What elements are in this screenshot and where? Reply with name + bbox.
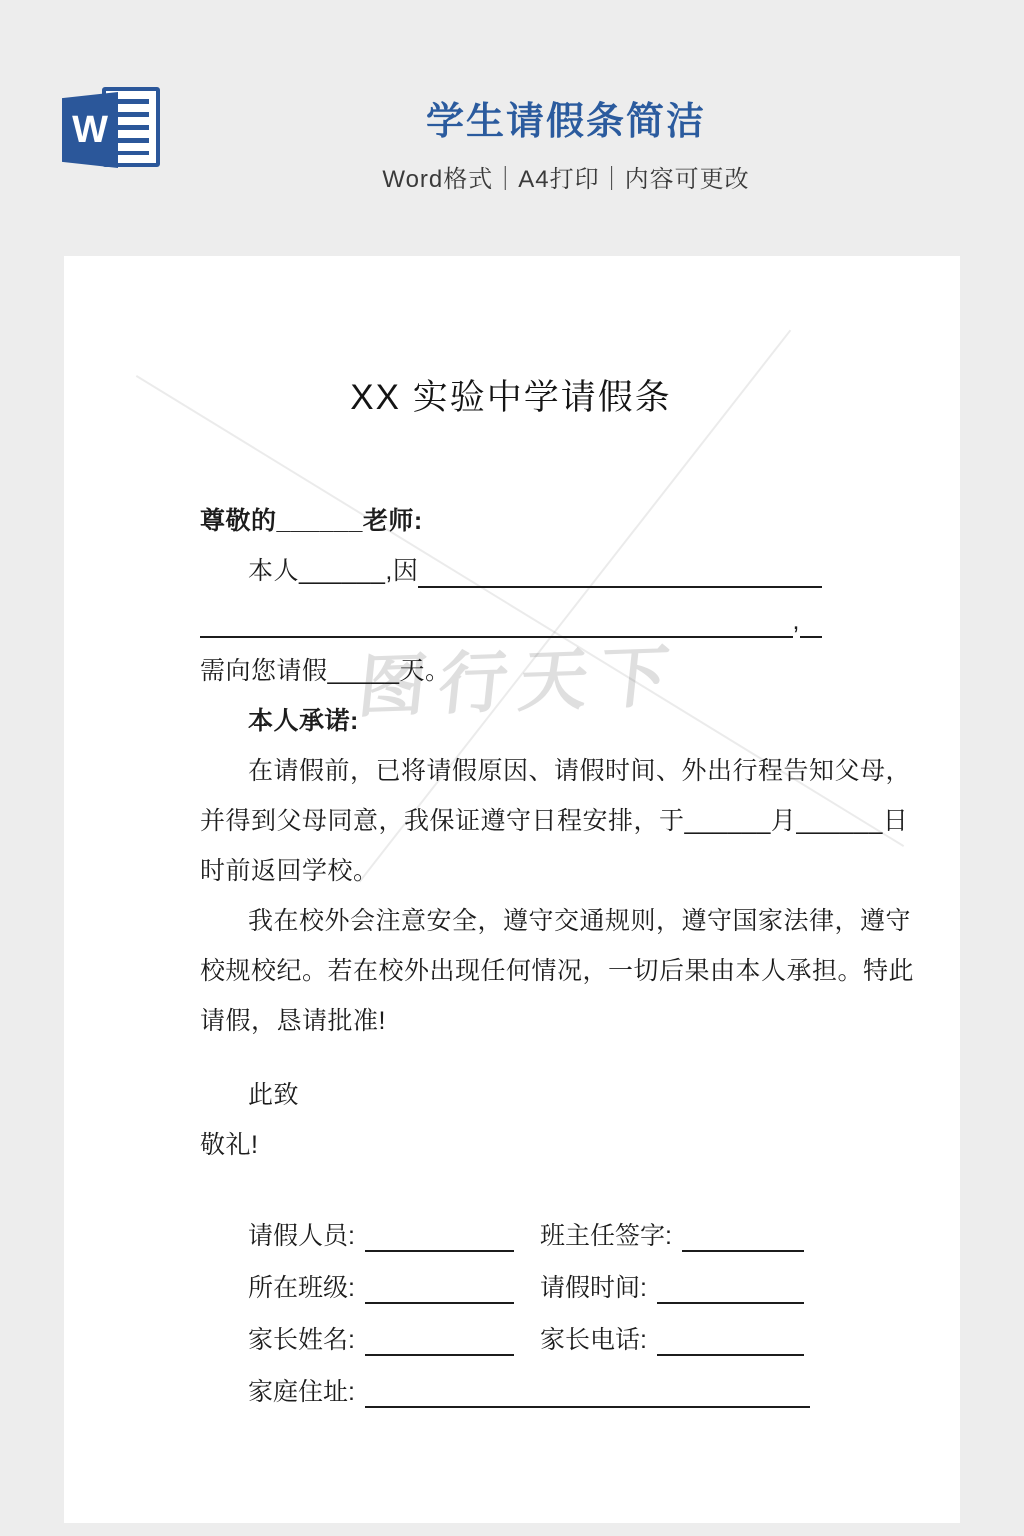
signature-cell: 家长姓名: bbox=[200, 1314, 540, 1366]
signature-label: 班主任签字: bbox=[540, 1210, 672, 1262]
paragraph-2-line-1: 我在校外会注意安全，遵守交通规则，遵守国家法律，遵守 bbox=[200, 896, 822, 946]
body-line-2: , bbox=[200, 596, 822, 646]
promise-heading: 本人承诺: bbox=[200, 696, 822, 746]
blank-line bbox=[200, 600, 793, 638]
signature-label: 请假时间: bbox=[540, 1262, 647, 1314]
signature-label: 家庭住址: bbox=[200, 1366, 355, 1418]
document-title: XX 实验中学请假条 bbox=[200, 370, 822, 420]
paragraph-1-line-2: 并得到父母同意，我保证遵守日程安排，于______月______日 bbox=[200, 796, 822, 846]
template-preview-header: W 学生请假条简洁 Word格式｜A4打印｜内容可更改 bbox=[0, 0, 1024, 230]
signature-label: 家长姓名: bbox=[248, 1314, 355, 1366]
body-line-2-comma: , bbox=[793, 596, 800, 646]
signature-blank-line bbox=[365, 1370, 810, 1408]
signature-blank-line bbox=[657, 1266, 804, 1304]
template-title: 学生请假条简洁 bbox=[108, 90, 1024, 145]
document-content: XX 实验中学请假条 尊敬的______老师: 本人______,因 , 需向您… bbox=[64, 370, 960, 1418]
signature-blank-line bbox=[365, 1266, 514, 1304]
body-line-3: 需向您请假_____天。 bbox=[200, 646, 822, 696]
body-line-1: 本人______,因 bbox=[200, 546, 822, 596]
signature-cell: 班主任签字: bbox=[540, 1210, 822, 1262]
signature-cell: 所在班级: bbox=[200, 1262, 540, 1314]
signature-label: 家长电话: bbox=[540, 1314, 647, 1366]
closing-cizhi: 此致 bbox=[200, 1070, 822, 1120]
signature-row: 家长姓名: 家长电话: bbox=[200, 1314, 822, 1366]
template-subtitle: Word格式｜A4打印｜内容可更改 bbox=[108, 159, 1024, 194]
closing-block: 此致 敬礼! bbox=[200, 1070, 822, 1170]
paragraph-2-line-2: 校规校纪。若在校外出现任何情况，一切后果由本人承担。特此 bbox=[200, 946, 822, 996]
body-line-1-text: 本人______,因 bbox=[200, 546, 418, 596]
word-icon-letter: W bbox=[72, 111, 108, 149]
signature-row: 请假人员: 班主任签字: bbox=[200, 1210, 822, 1262]
paragraph-1-line-3: 时前返回学校。 bbox=[200, 846, 822, 896]
signature-blank-line bbox=[365, 1318, 514, 1356]
signature-blank-line bbox=[657, 1318, 804, 1356]
signature-row: 所在班级: 请假时间: bbox=[200, 1262, 822, 1314]
closing-jingli: 敬礼! bbox=[200, 1120, 822, 1170]
signature-cell: 请假人员: bbox=[200, 1210, 540, 1262]
signature-blank-line bbox=[682, 1214, 804, 1252]
signature-label: 请假人员: bbox=[248, 1210, 355, 1262]
header-text-block: 学生请假条简洁 Word格式｜A4打印｜内容可更改 bbox=[108, 90, 1024, 194]
signature-label: 所在班级: bbox=[248, 1262, 355, 1314]
paragraph-2-line-3: 请假，恳请批准! bbox=[200, 996, 822, 1046]
blank-line bbox=[800, 600, 822, 638]
screenshot-canvas: { "header": { "icon_letter": "W", "title… bbox=[0, 0, 1024, 1536]
signature-row-address: 家庭住址: bbox=[200, 1366, 822, 1418]
signature-block: 请假人员: 班主任签字: 所在班级: 请假时间: bbox=[200, 1210, 822, 1418]
signature-blank-line bbox=[365, 1214, 514, 1252]
signature-cell: 家长电话: bbox=[540, 1314, 822, 1366]
signature-cell: 请假时间: bbox=[540, 1262, 822, 1314]
salutation-line: 尊敬的______老师: bbox=[200, 496, 822, 546]
blank-line bbox=[418, 550, 822, 588]
paragraph-1-line-1: 在请假前，已将请假原因、请假时间、外出行程告知父母， bbox=[200, 746, 822, 796]
document-page: 图行天下 XX 实验中学请假条 尊敬的______老师: 本人______,因 … bbox=[64, 256, 960, 1523]
